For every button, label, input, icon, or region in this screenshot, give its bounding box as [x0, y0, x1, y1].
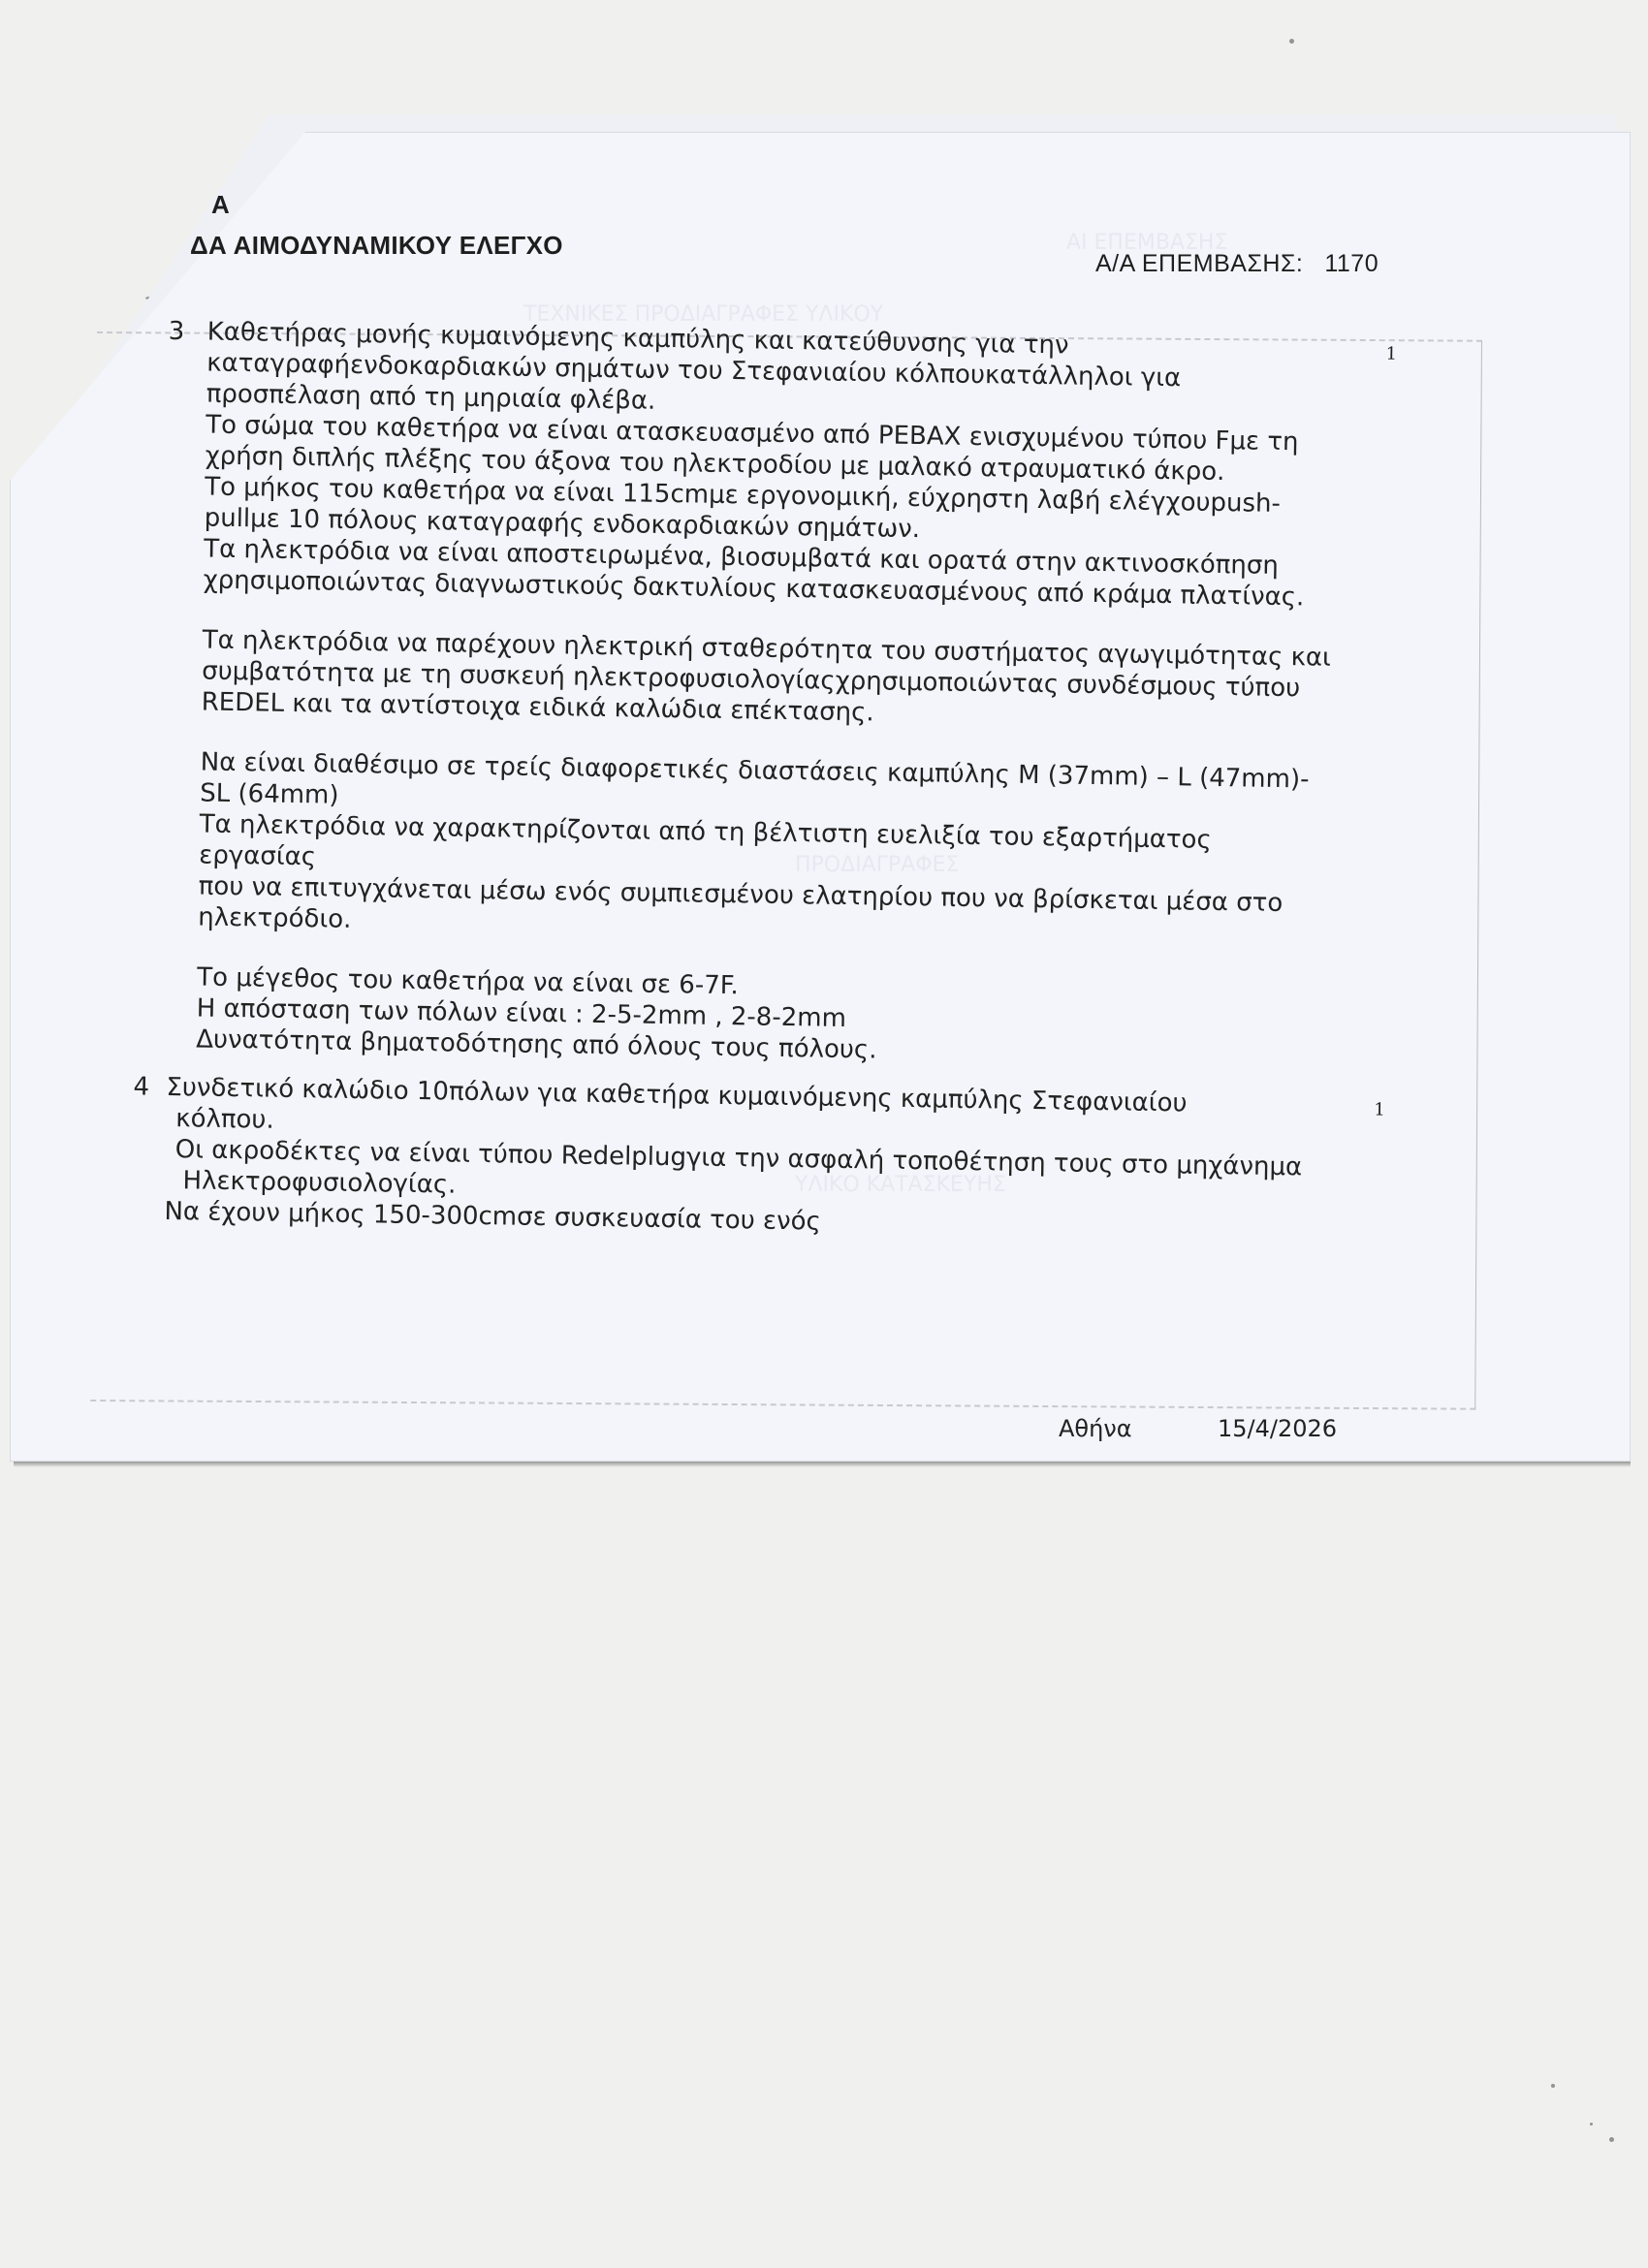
item-number: 4 — [133, 1071, 156, 1102]
item-description: Καθετήρας μονής κυμαινόμενης καμπύλης κα… — [196, 317, 1338, 1073]
intervention-number: 1170 — [1324, 250, 1379, 277]
scan-speck — [1609, 2137, 1614, 2142]
scan-speck — [1590, 2123, 1593, 2126]
scan-speck — [1551, 2084, 1555, 2088]
item-list: 3 1 Καθετήρας μονής κυμαινόμενης καμπύλη… — [160, 316, 1338, 1245]
footer-date: 15/4/2026 — [1218, 1415, 1337, 1442]
header-org-fragment: Α — [211, 190, 230, 220]
list-item: 3 1 Καθετήρας μονής κυμαινόμενης καμπύλη… — [163, 316, 1338, 1073]
footer-city: Αθήνα — [1059, 1415, 1132, 1442]
list-item: 4 1 Συνδετικό καλώδιο 10πόλων για καθετή… — [160, 1072, 1325, 1245]
item-quantity: 1 — [1385, 339, 1397, 370]
item-quantity: 1 — [1374, 1095, 1385, 1126]
intervention-label: Α/Α ΕΠΕΜΒΑΣΗΣ: — [1095, 250, 1303, 277]
intervention-id: Α/Α ΕΠΕΜΒΑΣΗΣ:1170 — [1095, 250, 1379, 278]
item-number: 3 — [168, 316, 191, 347]
scan-speck — [1289, 39, 1294, 44]
header-department-title: ΔΑ ΑΙΜΟΔΥΝΑΜΙΚΟΥ ΕΛΕΓΧΟ — [190, 231, 563, 261]
item-description: Συνδετικό καλώδιο 10πόλων για καθετήρα κ… — [164, 1072, 1325, 1245]
